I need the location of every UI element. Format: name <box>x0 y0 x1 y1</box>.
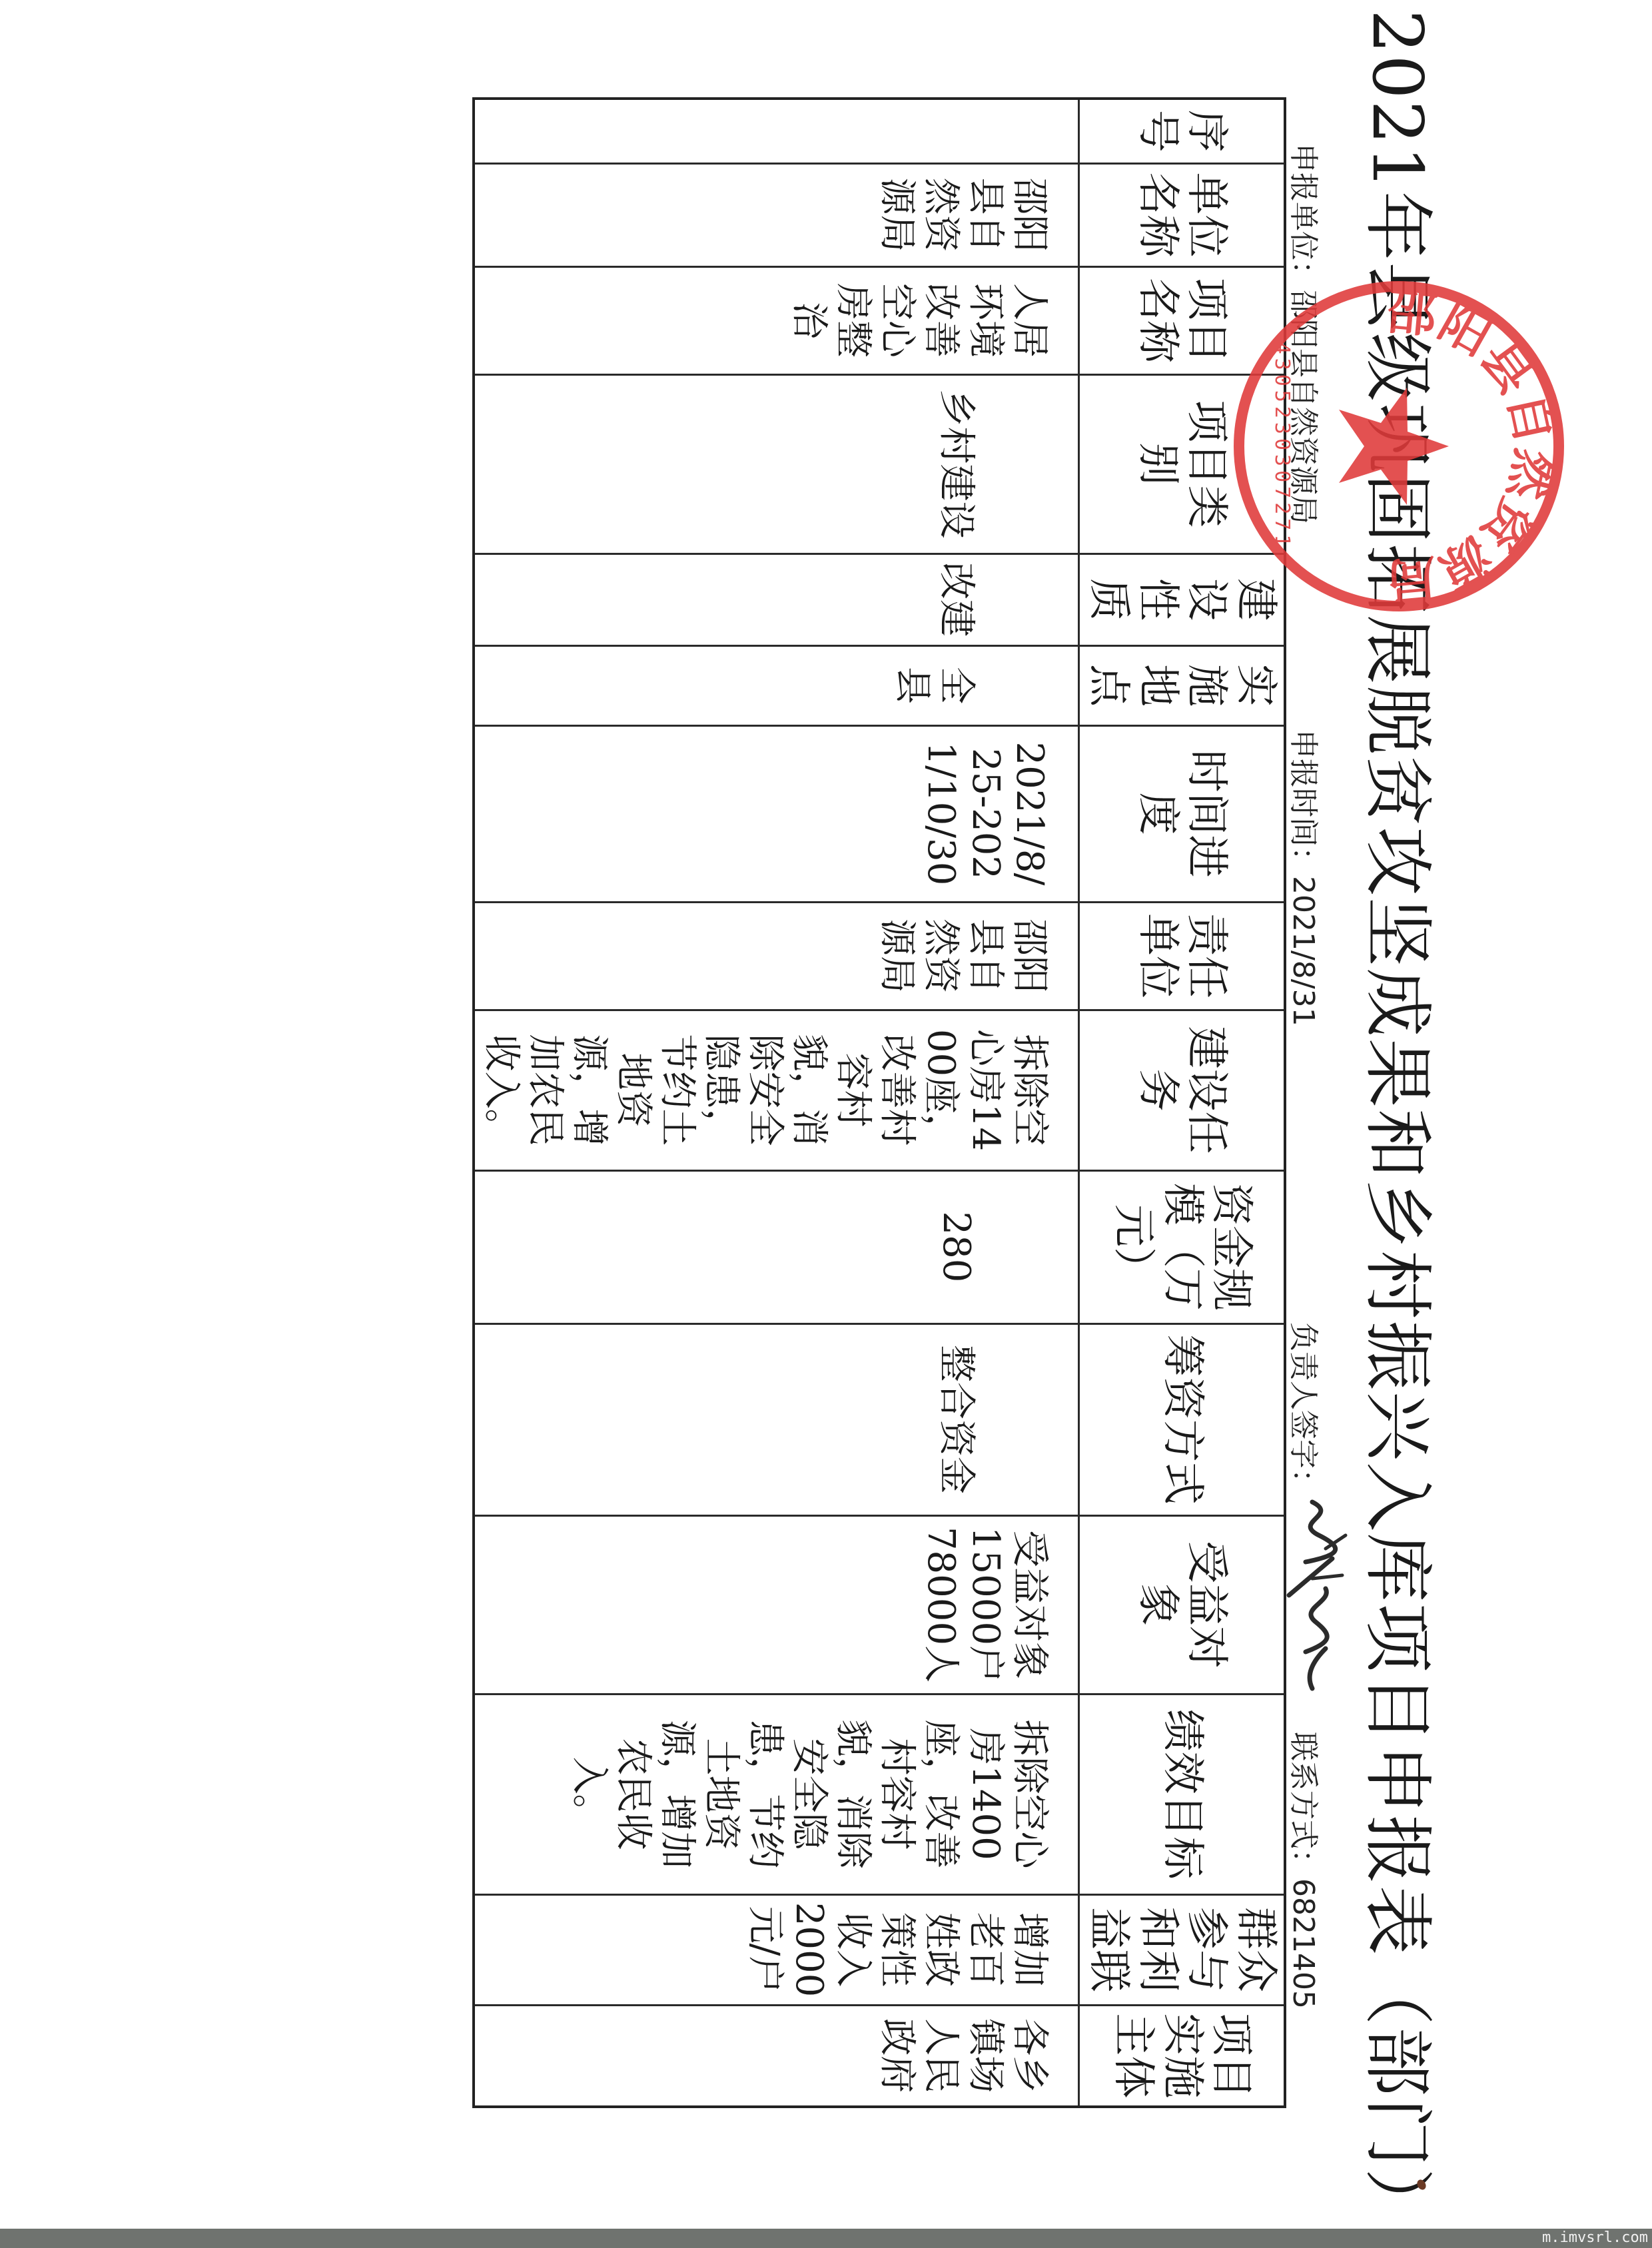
application-date-value: 2021/8/31 <box>1286 876 1320 1026</box>
cell-location: 全县 <box>474 645 1079 725</box>
handwritten-signature-icon <box>1279 1495 1352 1695</box>
header-unit-name: 单位名称 <box>1078 163 1285 266</box>
application-date: 申报时间：2021/8/31 <box>1285 729 1328 1026</box>
project-application-table: 序号 单位名称 项目名称 项目类别 建设性质 实施地点 时间进度 责任单位 建设… <box>472 97 1286 2108</box>
cell-unit-name: 邵阳县自然资源局 <box>474 163 1079 266</box>
table-row: 邵阳县自然资源局 人居环境改善空心房整治 乡村建设 改建 全县 2021/8/2… <box>474 99 1079 2107</box>
contact-value: 6821405 <box>1286 1878 1320 2009</box>
header-location: 实施地点 <box>1078 645 1285 725</box>
star-icon <box>1339 388 1449 505</box>
header-beneficiaries: 受益对象 <box>1078 1515 1285 1694</box>
cell-index <box>474 99 1079 163</box>
watermark-text: m.imvsrl.com <box>1542 2229 1648 2246</box>
cell-schedule: 2021/8/25-2021/10/30 <box>474 725 1079 902</box>
watermark-bar <box>0 2229 1652 2248</box>
cell-responsible-unit: 邵阳县自然资源局 <box>474 902 1079 1010</box>
cell-funding-method: 整合资金 <box>474 1323 1079 1515</box>
cell-funding: 280 <box>474 1170 1079 1323</box>
cell-category: 乡村建设 <box>474 374 1079 554</box>
header-implementer: 项目实施主体 <box>1078 2005 1285 2107</box>
applicant-unit-label: 申报单位： <box>1286 143 1320 290</box>
rotated-document-sheet: 2021年县级巩固拓展脱贫攻坚成果和乡村振兴入库项目申报表（部门） 申报单位：邵… <box>0 0 1652 2248</box>
header-responsible-unit: 责任单位 <box>1078 902 1285 1010</box>
cell-beneficiaries: 受益对象15000户78000人 <box>474 1515 1079 1694</box>
seal-number: 4305230307271 <box>1270 342 1294 551</box>
cell-performance-goal: 拆除空心房1400座，改善村容村貌，消除安全隐患，节约土地资源，增加农民收入。 <box>474 1694 1079 1894</box>
cell-task: 拆除空心房1400座，改善村容村貌，消除安全隐患，节约土地资源，增加农民收入。 <box>474 1010 1079 1170</box>
header-schedule: 时间进度 <box>1078 725 1285 902</box>
signer: 负责人签字： <box>1285 1322 1328 1498</box>
header-performance-goal: 绩效目标 <box>1078 1694 1285 1894</box>
header-funding-method: 筹资方式 <box>1078 1323 1285 1515</box>
header-index: 序号 <box>1078 99 1285 163</box>
header-participation: 群众参与和利益联 <box>1078 1894 1285 2005</box>
cell-nature: 改建 <box>474 554 1079 645</box>
contact-label: 联系方式： <box>1286 1732 1320 1878</box>
header-funding: 资金规模（万元） <box>1078 1170 1285 1323</box>
signer-label: 负责人签字： <box>1286 1322 1320 1498</box>
cell-implementer: 各乡镇场人民政府 <box>474 2005 1079 2107</box>
contact: 联系方式：6821405 <box>1285 1732 1328 2009</box>
official-seal: 邵阳县自然资源局 4305230307271 <box>1226 273 1572 619</box>
header-task: 建设任务 <box>1078 1010 1285 1170</box>
cell-participation: 增加老百姓政策性收入2000元/户 <box>474 1894 1079 2005</box>
cell-project-name: 人居环境改善空心房整治 <box>474 266 1079 374</box>
application-date-label: 申报时间： <box>1286 729 1320 876</box>
